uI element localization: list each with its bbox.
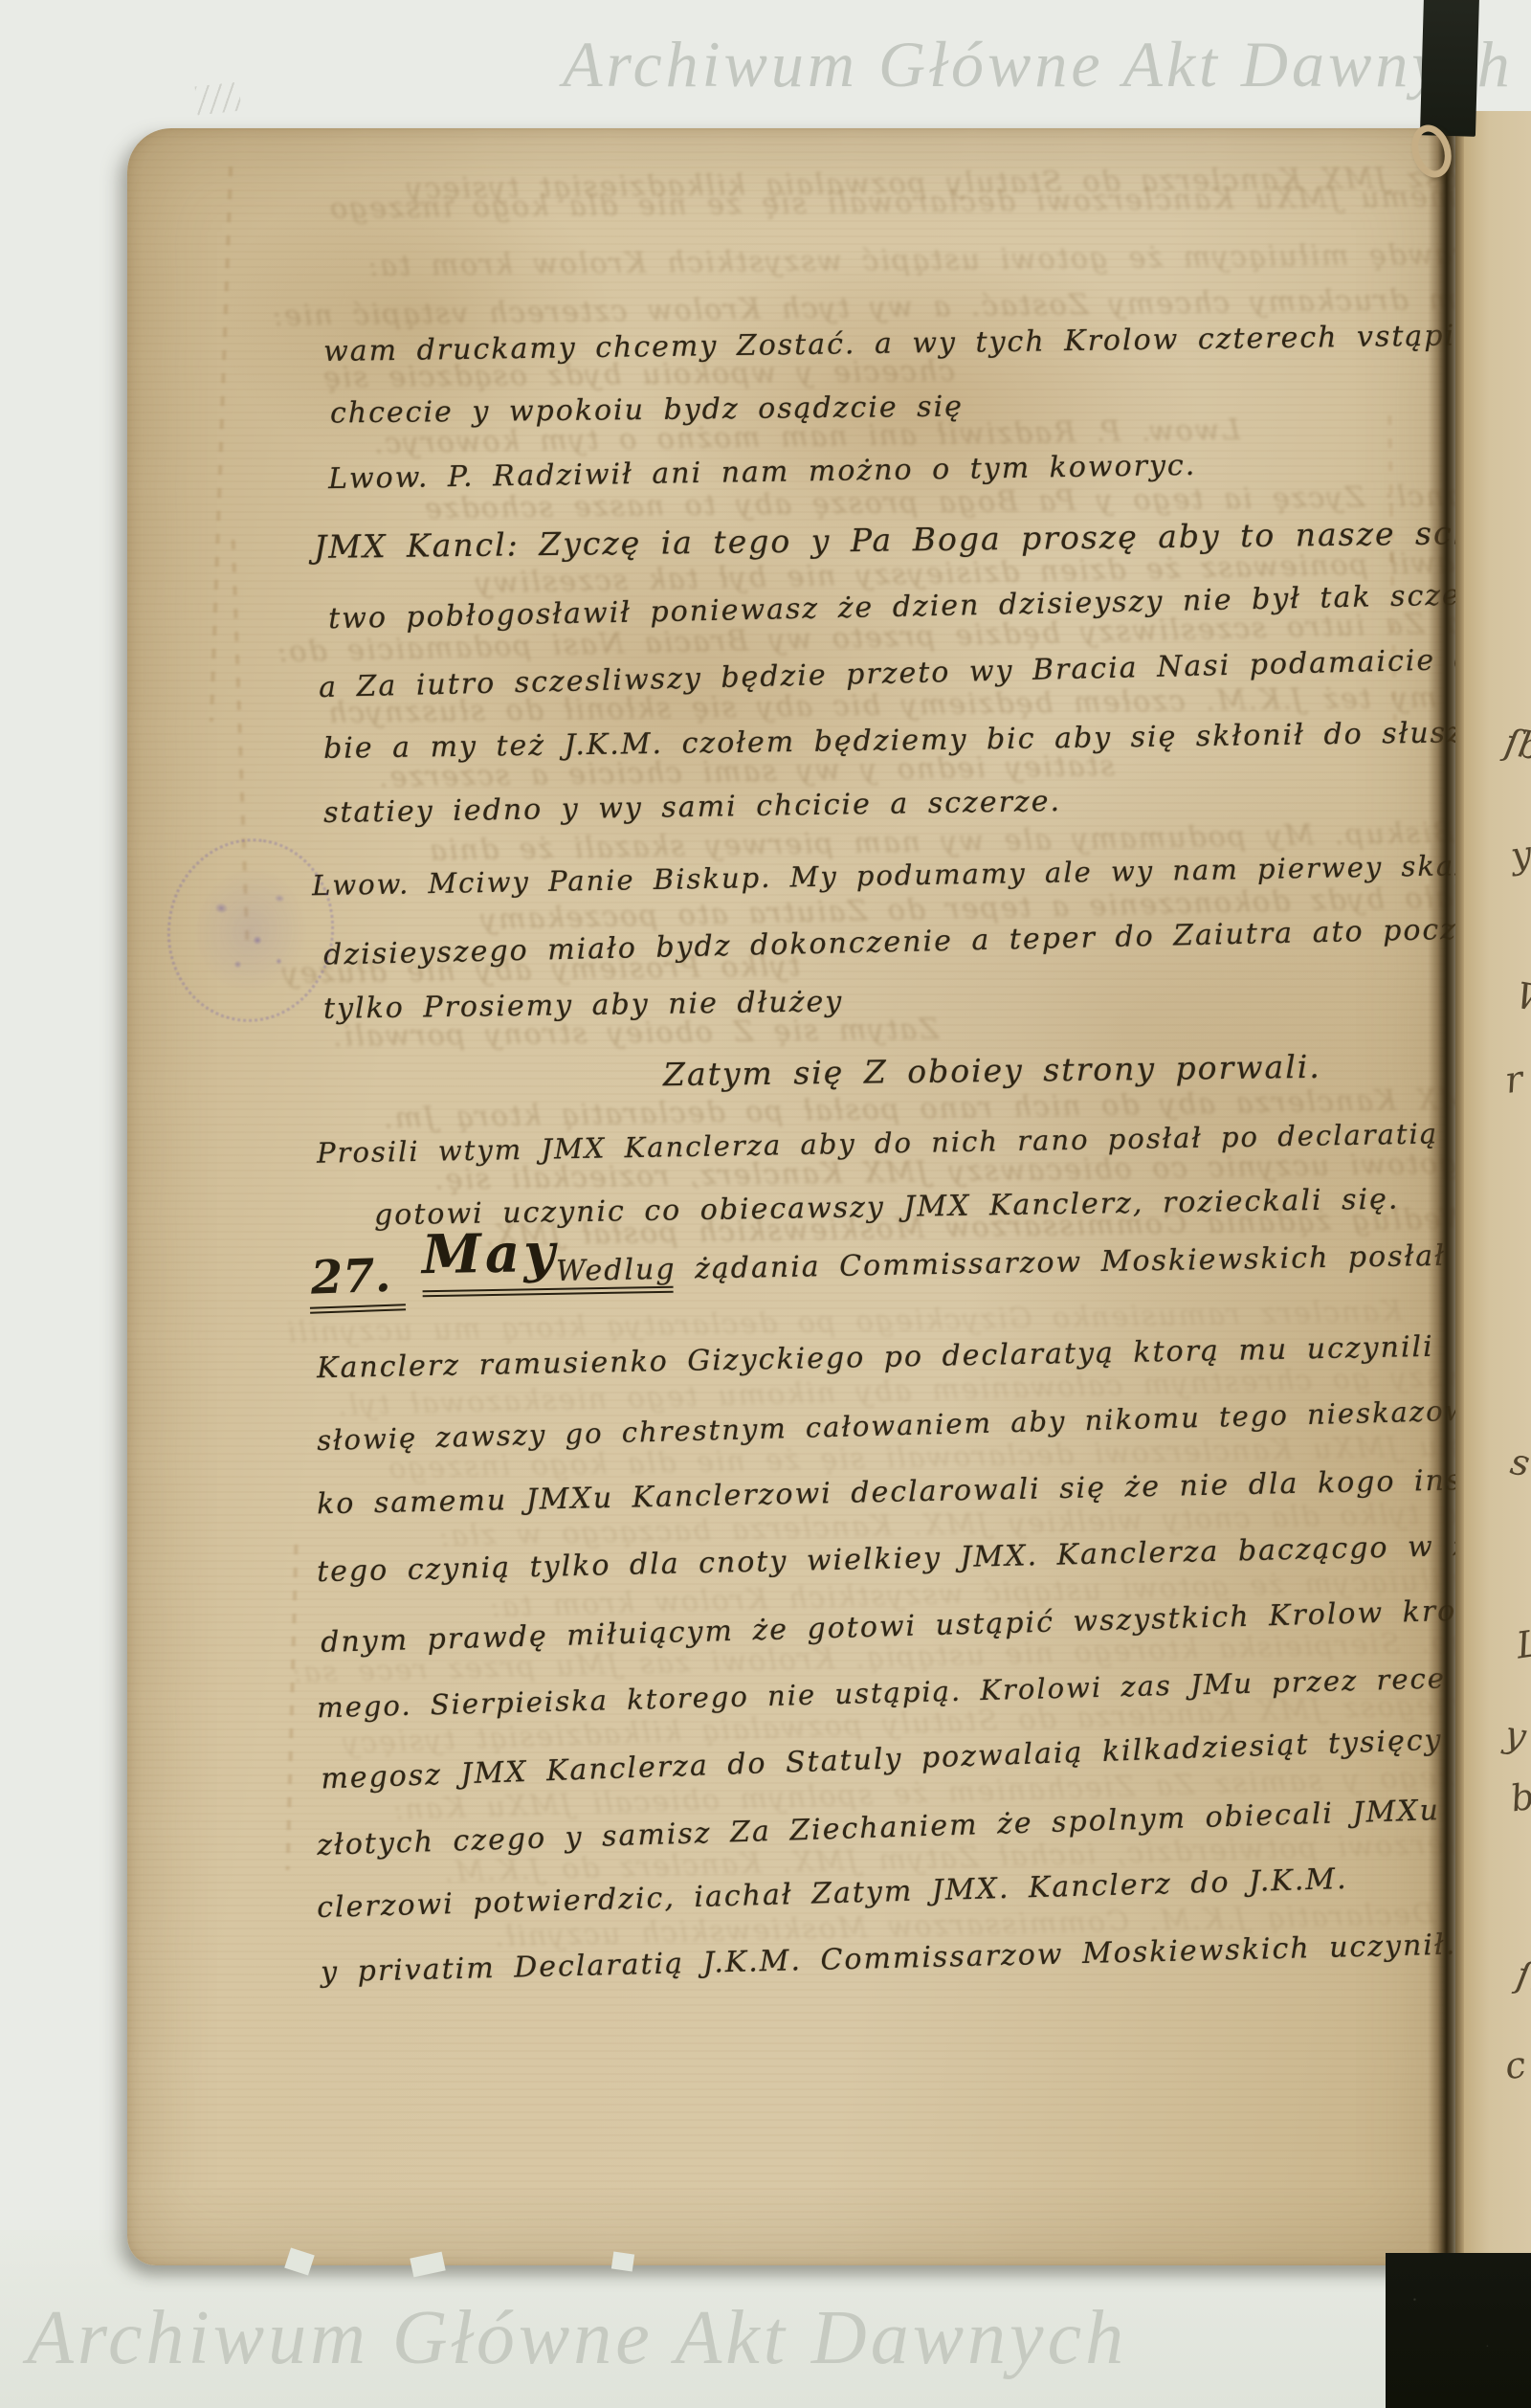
foxing-mark xyxy=(210,167,233,722)
ink-fragment: c xyxy=(1502,2043,1528,2088)
manuscript-line: Lwow. P. Radziwił ani nam możno o tym ko… xyxy=(328,449,1197,496)
manuscript-line: tego czynią tylko dla cnoty wielkiey JMX… xyxy=(317,1528,1512,1589)
page-edge-notch xyxy=(611,2252,634,2272)
section-heading: May xyxy=(421,1221,559,1286)
bleed-through-text: ko samemu JMXu Kanclerzowi declarowali s… xyxy=(328,179,1531,225)
ink-fragment: ſb xyxy=(1501,721,1531,769)
scanner-scratch-marks xyxy=(195,82,242,116)
manuscript-line: y privatim Declaratią J.K.M. Commissarzo… xyxy=(321,1929,1457,1990)
ink-fragment: r xyxy=(1502,1058,1525,1102)
manuscript-line: ko samemu JMXu Kanclerzowi declarowali s… xyxy=(317,1462,1531,1522)
ink-fragment: L xyxy=(1514,1621,1531,1666)
bleed-through-text: megosz JMX Kanclerza do Statuly pozwalai… xyxy=(405,161,1527,206)
manuscript-line: Lwow. Mciwy Panie Biskup. My podumamy al… xyxy=(312,846,1531,902)
manuscript-line: bie a my też J.K.M. czołem będziemy bic … xyxy=(323,715,1531,766)
manuscript-line: słowię zawszy go chrestnym całowaniem ab… xyxy=(317,1392,1531,1457)
manuscript-line: Kanclerz ramusienko Gizyckiego po declar… xyxy=(317,1330,1434,1385)
margin-date-number: 27. xyxy=(308,1248,406,1313)
watermark-bottom: Archiwum Główne Akt Dawnych xyxy=(27,2295,1127,2382)
ink-fragment: y xyxy=(1501,1712,1529,1757)
manuscript-line: Zatym się Z oboiey strony porwali. xyxy=(663,1048,1321,1093)
facing-page-edge: ſbyWrsLybſnuc xyxy=(1455,111,1531,2257)
manuscript-line: megosz JMX Kanclerza do Statuly pozwalai… xyxy=(321,1724,1443,1796)
black-ribbon xyxy=(1420,0,1479,137)
manuscript-line: dzisieyszego miało bydz dokonczenie a te… xyxy=(323,910,1531,971)
manuscript-line: Prosili wtym JMX Kanclerza aby do nich r… xyxy=(317,1114,1531,1170)
ink-fragment: y xyxy=(1508,833,1531,878)
archive-stamp xyxy=(155,828,345,1033)
manuscript-line: wam druckamy chcemy Zostać. a wy tych Kr… xyxy=(323,318,1531,368)
manuscript-line: two pobłogosławił poniewasz że dzien dzi… xyxy=(328,577,1531,636)
manuscript-line: chcecie y wpokoiu bydz osądzcie się xyxy=(330,390,964,431)
bleed-through-text: dnym prawdę miłuiącym że gotowi ustąpić … xyxy=(366,236,1531,282)
manuscript-line: a Za iutro sczesliwszy będzie przeto wy … xyxy=(319,642,1506,704)
book-cover xyxy=(1386,2253,1531,2408)
foxing-mark xyxy=(286,1545,299,1870)
ink-fragment: b xyxy=(1508,1775,1531,1820)
manuscript-line: Wedlug żądania Commissarzow Moskiewskich… xyxy=(556,1237,1531,1288)
ink-fragment: ſnu xyxy=(1514,1953,1531,2005)
scanned-archive-image: { "archive": { "watermark_text": "Archiw… xyxy=(0,0,1531,2408)
gutter-shadow xyxy=(1428,121,1464,2257)
ink-fragment: s xyxy=(1507,1440,1531,1485)
section-heading-underline: May xyxy=(421,1219,673,1298)
manuscript-line: mego. Sierpieiska ktorego nie ustąpią. K… xyxy=(317,1661,1511,1725)
manuscript-line: statiey iedno y wy sami chcicie a sczerz… xyxy=(323,785,1061,830)
manuscript-page: wam druckamy chcemy Zostać. a wy tych Kr… xyxy=(127,128,1446,2265)
manuscript-line: dnym prawdę miłuiącym że gotowi ustąpić … xyxy=(321,1592,1531,1660)
manuscript-line: tylko Prosiemy aby nie dłużey xyxy=(323,985,844,1026)
watermark-top: Archiwum Główne Akt Dawnych xyxy=(563,27,1514,102)
manuscript-line: clerzowi potwierdzic, iachał Zatym JMX. … xyxy=(317,1862,1348,1925)
ink-fragment: W xyxy=(1513,974,1531,1022)
manuscript-line: JMX Kancl: Zyczę ia tego y Pa Boga prosz… xyxy=(314,513,1531,566)
manuscript-line: złotych czego y samisz Za Ziechaniem że … xyxy=(317,1791,1531,1862)
